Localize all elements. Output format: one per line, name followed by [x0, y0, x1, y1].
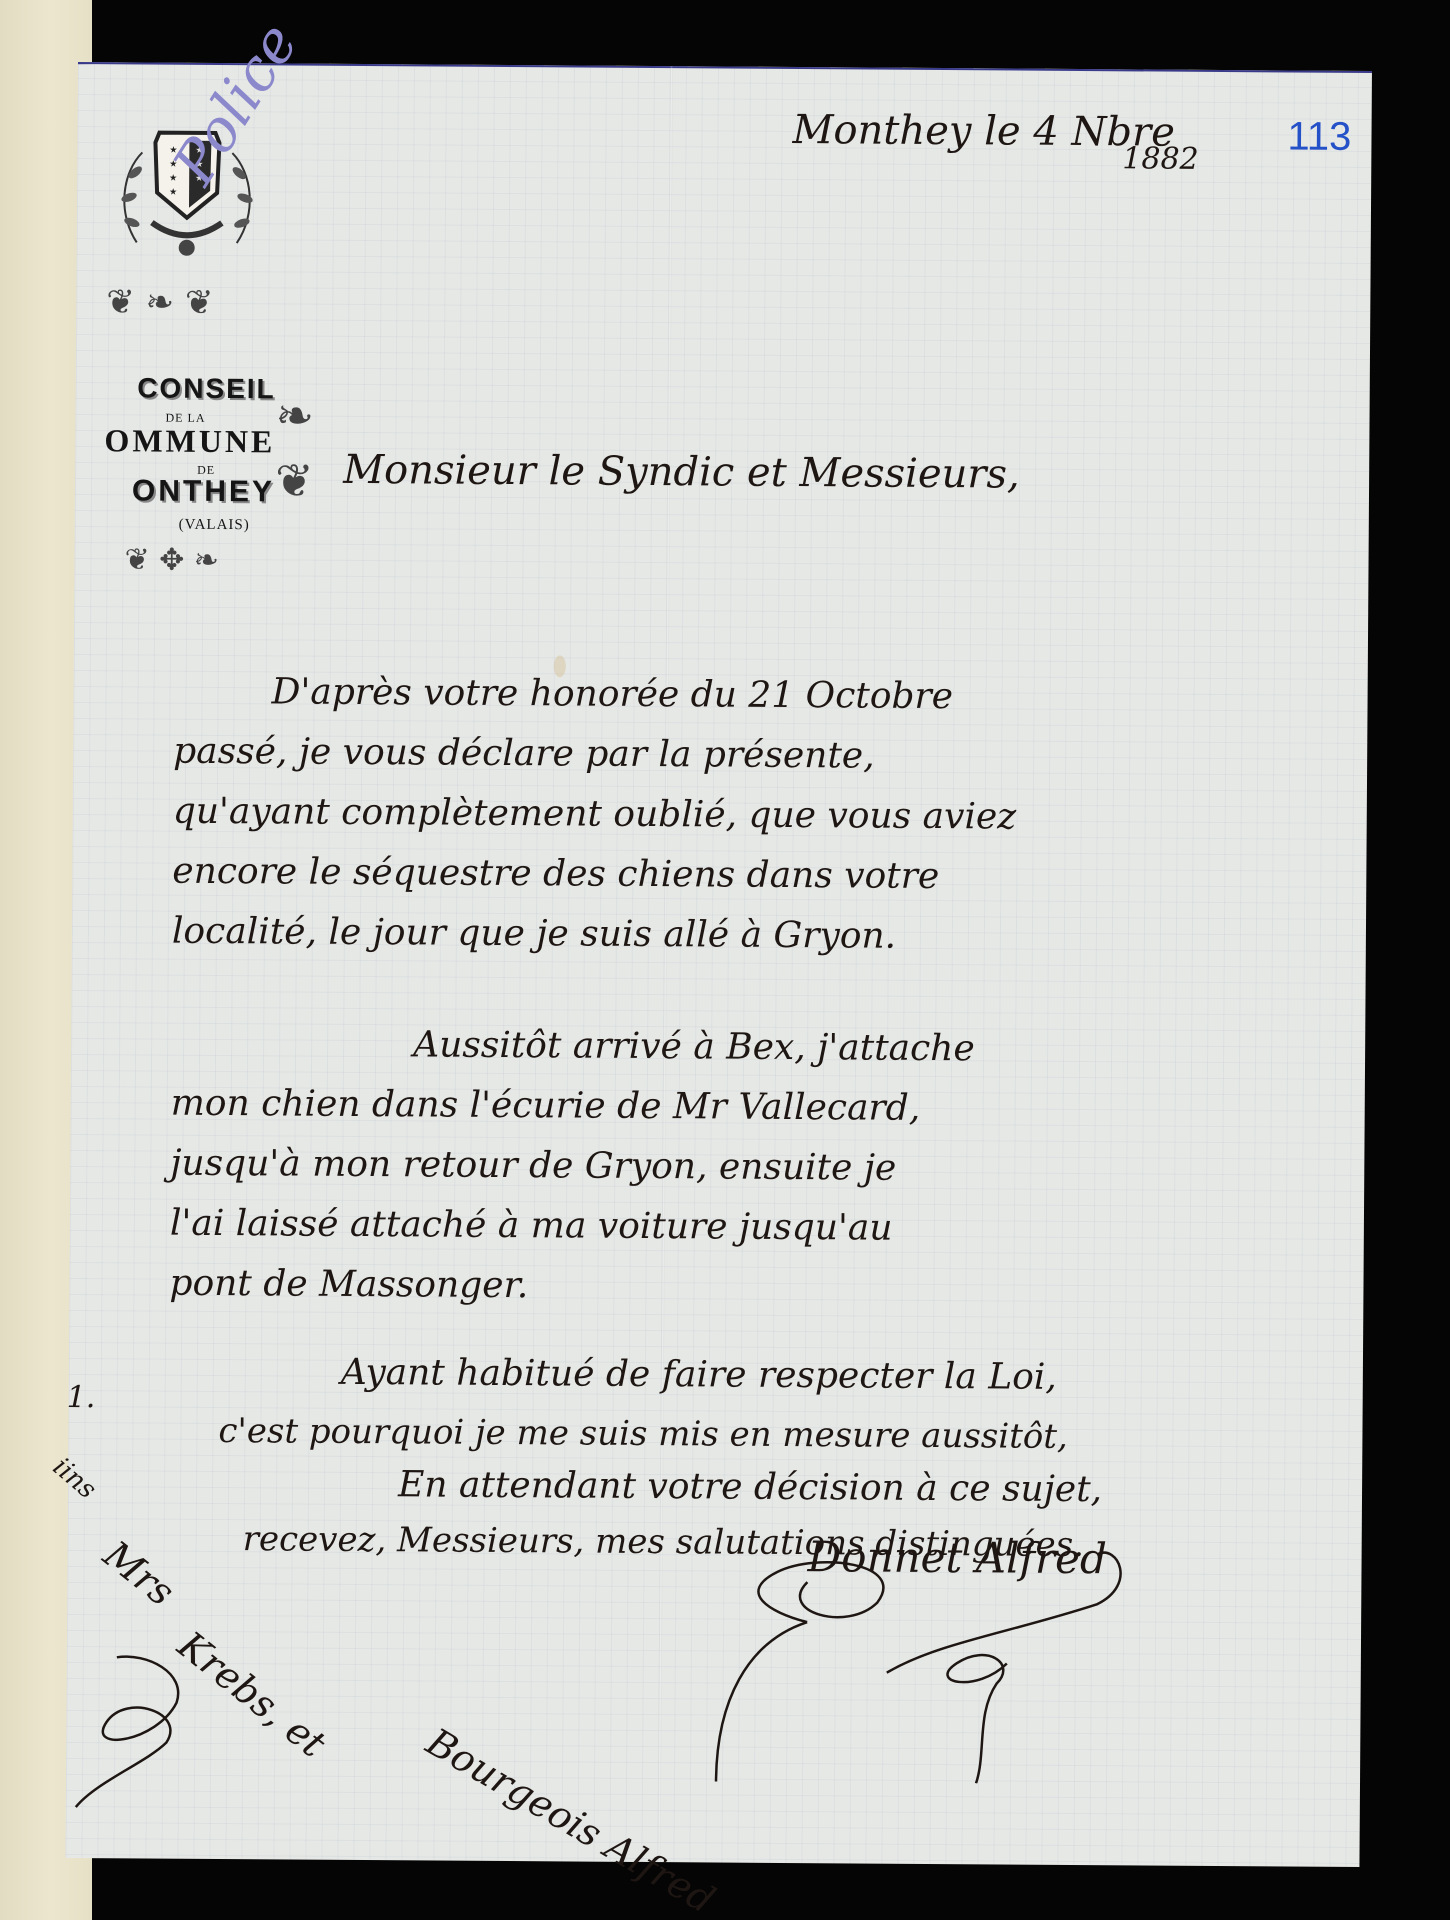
body-line: Aussitôt arrivé à Bex, j'attache	[413, 1024, 975, 1069]
letterhead: ★★★★ ★★★ ❦ ❧ ❦ CONSEIL DE LA OMMUNE DE O…	[74, 122, 317, 604]
signature: Donnet Alfred	[807, 1532, 1107, 1583]
dateline: Monthey le 4 Nbre	[792, 107, 1175, 156]
salutation: Monsieur le Syndic et Messieurs,	[343, 447, 1020, 498]
margin-flourish-icon	[66, 1632, 197, 1813]
letterhead-monthey: ONTHEY	[75, 474, 275, 509]
body-line: jusqu'à mon retour de Gryon, ensuite je	[170, 1143, 896, 1189]
body-line: mon chien dans l'écurie de Mr Vallecard,	[171, 1083, 921, 1129]
body-line: Ayant habitué de faire respecter la Loi,	[341, 1352, 1057, 1398]
body-line: encore le séquestre des chiens dans votr…	[172, 851, 939, 897]
letterhead-valais: (VALAIS)	[75, 516, 250, 534]
letterhead-commune: OMMUNE	[75, 422, 275, 460]
body-line: En attendant votre décision à ce sujet,	[398, 1464, 1102, 1510]
ornament-icon: ❦ ❧ ❦	[106, 282, 213, 323]
folio-number: 113	[1287, 114, 1351, 159]
body-line: c'est pourquoi je me suis mis en mesure …	[218, 1411, 1068, 1457]
letter-page: ★★★★ ★★★ ❦ ❧ ❦ CONSEIL DE LA OMMUNE DE O…	[65, 62, 1372, 1867]
margin-fragment: 1.	[67, 1380, 96, 1415]
marginal-note-mrs: Mrs	[95, 1532, 182, 1614]
fleuron-ornament-icon: ❦ ✥ ❧	[124, 542, 219, 578]
year: 1882	[1122, 141, 1199, 177]
svg-text:★: ★	[169, 174, 177, 184]
scroll-ornament-icon: ❧	[275, 388, 314, 442]
body-line: qu'ayant complètement oublié, que vous a…	[173, 791, 1017, 838]
body-line: D'après votre honorée du 21 Octobre	[271, 671, 953, 717]
body-line: localité, le jour que je suis allé à Gry…	[172, 911, 896, 957]
body-line: l'ai laissé attaché à ma voiture jusqu'a…	[170, 1203, 893, 1249]
body-line: pont de Massonger.	[169, 1263, 528, 1307]
scroll-ornament-icon: ❦	[275, 453, 314, 507]
svg-text:★: ★	[169, 188, 177, 198]
fold-line	[657, 66, 673, 1862]
body-line: passé, je vous déclare par la présente,	[173, 731, 875, 777]
letterhead-conseil: CONSEIL	[76, 372, 276, 405]
